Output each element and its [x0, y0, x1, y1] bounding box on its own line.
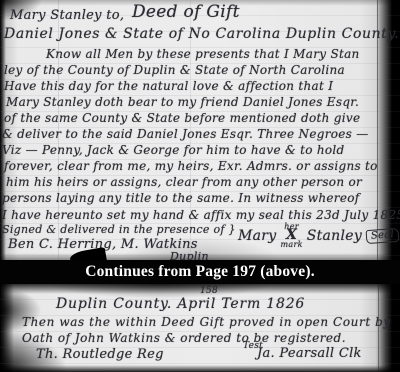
deed-parties-line: Daniel Jones & State of No Carolina Dupl… — [4, 27, 399, 41]
deed-body-line: ley of the County of Duplin & State of N… — [4, 64, 345, 76]
deed-body-line: him his heirs or assigns, clear from any… — [6, 176, 362, 188]
grantor-signature: Mary her X mark Stanley Seal — [238, 224, 399, 248]
probate-court-line: Duplin County. April Term 1826 — [56, 297, 305, 311]
deed-body-line: Mary Stanley doth bear to my friend Dani… — [6, 96, 359, 108]
page-number: 158 — [200, 287, 218, 296]
deed-grantor-line: Mary Stanley to, — [10, 9, 124, 22]
deed-body-line: Viz — Penny, Jack & George for him to ha… — [2, 144, 345, 156]
register-signature: Th. Routledge Reg — [36, 348, 164, 361]
clerk-signature: Ja. Pearsall Clk — [257, 347, 362, 360]
deed-body-line: Have this day for the natural love & aff… — [4, 80, 333, 92]
mark-mark-label: mark — [280, 242, 302, 248]
caption-text: Continues from Page 197 (above). — [85, 263, 315, 281]
deed-body-line: persons laying any title to the same. In… — [2, 192, 359, 204]
deed-title: Deed of Gift — [132, 4, 240, 21]
seal-box: Seal — [366, 228, 400, 244]
deed-body-line: & deliver to the said Daniel Jones Esqr.… — [2, 128, 369, 140]
deed-body-line: Know all Men by these presents that I Ma… — [46, 48, 360, 60]
deed-body-line: I have hereunto set my hand & affix my s… — [2, 209, 400, 221]
probate-line: Oath of John Watkins & ordered to be reg… — [22, 332, 346, 344]
caption-band: Continues from Page 197 (above). — [0, 260, 400, 284]
signature-first-name: Mary — [238, 229, 276, 243]
probate-line: Then was the within Deed Gift proved in … — [22, 316, 391, 328]
deed-body-line: forever, clear from me, my heirs, Exr. A… — [4, 160, 378, 172]
signature-mark: her X mark — [280, 224, 302, 248]
scanned-deed-record: Mary Stanley to, Deed of Gift Daniel Jon… — [0, 0, 400, 372]
deed-attestation-line: Signed & delivered in the presence of } — [2, 224, 236, 235]
deed-body-line: of the same County & State before mentio… — [4, 112, 360, 124]
signature-last-name: Stanley — [307, 229, 362, 243]
